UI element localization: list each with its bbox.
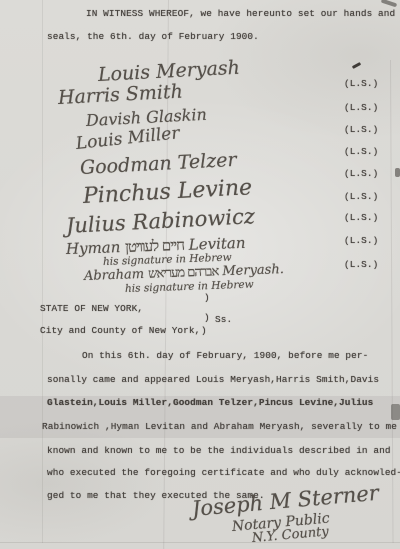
seal-label: (L.S.) [344, 78, 378, 89]
body-line-3: Glastein,Louis Miller,Goodman Telzer,Pin… [47, 397, 373, 408]
seal-label: (L.S.) [344, 191, 378, 202]
body-line-2: sonally came and appeared Louis Meryash,… [47, 374, 379, 385]
top-right-smudge [381, 0, 397, 7]
right-edge-smudge-lower [391, 404, 400, 420]
venue-brace-middle: ) [204, 312, 210, 323]
venue-brace-bottom: ) [201, 325, 207, 336]
seal-label: (L.S.) [344, 235, 378, 246]
body-line-1: On this 6th. day of February, 1900, befo… [82, 350, 368, 361]
signature-harris-smith: Harris Smith [57, 80, 183, 109]
body-line-4: Rabinowich ,Hyman Levitan and Abraham Me… [42, 421, 397, 432]
body-line-6: who executed the foregoing certificate a… [47, 467, 400, 478]
venue-brace-top: ) [204, 292, 210, 303]
bottom-page-edge-line [0, 542, 400, 543]
signature-goodman-telzer: Goodman Telzer [79, 149, 237, 179]
venue-state-line: STATE OF NEW YORK, [40, 303, 143, 314]
body-line-5: known and known to me to be the individu… [47, 445, 391, 456]
right-edge-smudge-upper [395, 168, 400, 177]
venue-city-line: City and County of New York, [40, 325, 200, 336]
signature-pinchus-levine: Pinchus Levine [82, 175, 252, 209]
pen-mark [352, 62, 361, 69]
signature-julius-rabinowicz: Julius Rabinowicz [65, 204, 255, 238]
seal-label: (L.S.) [344, 168, 378, 179]
intro-line-2: seals, the 6th. day of February 1900. [47, 31, 259, 42]
signature-hyman-suffix: Levitan [188, 234, 245, 254]
intro-line-1: IN WITNESS WHEREOF, we have hereunto set… [86, 8, 395, 19]
seal-label: (L.S.) [344, 146, 378, 157]
seal-label: (L.S.) [344, 124, 378, 135]
signature-abraham-prefix: Abraham [84, 267, 145, 284]
venue-ss-label: Ss. [215, 314, 232, 325]
seal-label: (L.S.) [344, 102, 378, 113]
seal-label: (L.S.) [344, 259, 378, 270]
scanned-legal-document: IN WITNESS WHEREOF, we have hereunto set… [0, 0, 400, 549]
signature-abraham-suffix: Meryash. [222, 262, 284, 279]
left-page-edge-line [42, 0, 43, 543]
seal-label: (L.S.) [344, 212, 378, 223]
